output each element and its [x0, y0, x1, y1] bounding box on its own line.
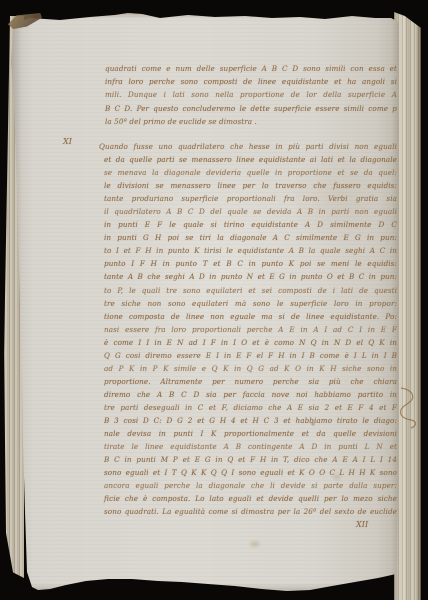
- manuscript-line: il quadrilatero A B C D del quale se dev…: [104, 205, 397, 218]
- paper-fiber: [393, 382, 421, 430]
- manuscript-line: se menava la diagonale devideria quelle …: [104, 166, 397, 179]
- manuscript-line: la 50ª del primo de euclide se dimostra …: [105, 115, 397, 128]
- manuscript-line: B C D. Per questo concluderemo le dette …: [105, 102, 397, 115]
- manuscript-line: tante produriano superficie proportional…: [104, 192, 397, 205]
- manuscript-line: sono quadrati. La egualità come si dimos…: [104, 505, 397, 518]
- manuscript-line: ficie che è composta. Lo lato eguali et …: [104, 492, 397, 505]
- manuscript-line: infra loro perche sono composti de linee…: [105, 75, 397, 88]
- manuscript-line: ancora eguali perche la diagonale che li…: [104, 479, 397, 492]
- manuscript-line: tante A B che seghi A D in punto N et E …: [104, 270, 397, 283]
- manuscript-line: to I et F H in punto K tirisi le equidis…: [104, 244, 397, 257]
- manuscript-line: in punti E F le quale si tirino equidist…: [104, 218, 397, 231]
- manuscript-line: sono eguali et I T Q K K Q Q I sono egua…: [104, 466, 397, 479]
- manuscript-line: Q G cosi diremo essere E I in E F el F H…: [104, 349, 397, 362]
- manuscript-line: B 3 cosi D C: D G 2 et G H 4 et H C 3 et…: [104, 414, 397, 427]
- manuscript-line: nasi essere fra loro proportionali perch…: [104, 323, 397, 336]
- section-number: XI: [63, 137, 72, 146]
- paragraph-end-block: quadrati come e num delle superficie A B…: [105, 62, 397, 128]
- manuscript-photo: quadrati come e num delle superficie A B…: [0, 0, 428, 600]
- manuscript-line: et da quelle parti se menassero linee eq…: [104, 153, 397, 166]
- catchword: XII: [356, 520, 368, 529]
- manuscript-line: tirate le linee equidistante A B conting…: [104, 440, 397, 453]
- manuscript-line: ad P K in P K simile e Q K in Q G ad K O…: [104, 362, 397, 375]
- manuscript-line: le divisioni se menassero linee per lo t…: [104, 179, 397, 192]
- manuscript-line: tione composta de linee non eguale ma si…: [104, 310, 397, 323]
- manuscript-line: proportione. Altramente per numero perch…: [104, 375, 397, 388]
- manuscript-line: Quando fusse uno quadrilatero che hesse …: [99, 140, 397, 153]
- section-xi-block: Quando fusse uno quadrilatero che hesse …: [99, 140, 397, 518]
- manuscript-line: tre parti deseguali in C et F, diciamo c…: [104, 401, 397, 414]
- manuscript-line: in punti G H poi se tiri la diagonale A …: [104, 231, 397, 244]
- manuscript-line: to P, le quali tre sono equilateri et se…: [104, 284, 397, 297]
- manuscript-line: nale devisa in punti I K proportionalmen…: [104, 427, 397, 440]
- manuscript-line: B C in punti M P et E G in Q et F H in T…: [104, 453, 397, 466]
- manuscript-line: tre siche non sono equilateri mà sono le…: [104, 297, 397, 310]
- manuscript-line: mili. Dunque i lati sono nella proportio…: [105, 88, 397, 101]
- manuscript-line: punto I F H in punto T et B C in punto K…: [104, 257, 397, 270]
- manuscript-line: diremo che A B C D sia per faccia nove n…: [104, 388, 397, 401]
- manuscript-line: è come I I in E N ad I F in I O et è com…: [104, 336, 397, 349]
- manuscript-line: quadrati come e num delle superficie A B…: [105, 62, 397, 75]
